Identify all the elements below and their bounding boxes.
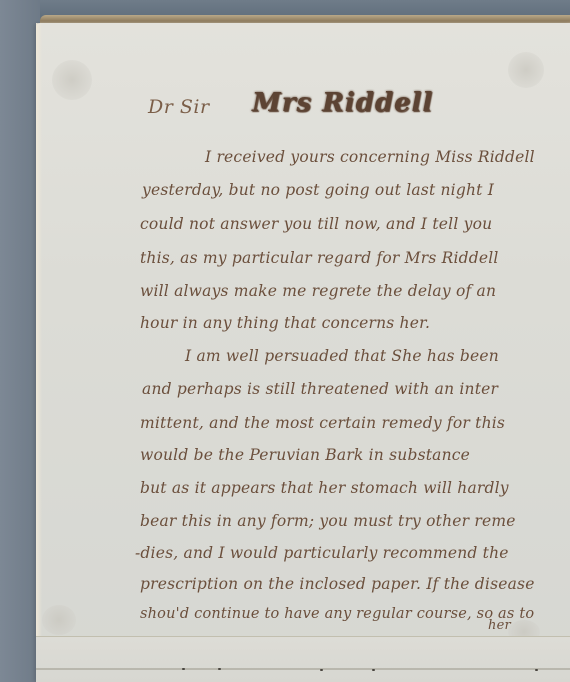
lower-flap <box>36 637 570 682</box>
scan-background-left <box>0 0 40 682</box>
letter-line: hour in any thing that concerns her. <box>140 314 430 332</box>
ink-speck <box>372 669 375 671</box>
letter-line: I received yours concerning Miss Riddell <box>205 148 535 166</box>
page-fold-lower <box>36 668 570 670</box>
letter-line: would be the Peruvian Bark in substance <box>140 446 470 464</box>
ink-speck <box>218 668 221 670</box>
letter-line: and perhaps is still threatened with an … <box>142 380 498 398</box>
ink-speck <box>535 669 538 671</box>
letter-line: bear this in any form; you must try othe… <box>140 512 516 530</box>
ink-speck <box>182 668 185 670</box>
letter-line: yesterday, but no post going out last ni… <box>142 181 494 199</box>
paper-stain <box>52 60 92 100</box>
letter-line: mittent, and the most certain remedy for… <box>140 414 505 432</box>
salutation: Dr Sir <box>148 96 210 118</box>
letter-line-catchword: her <box>488 618 511 633</box>
letter-line: shou'd continue to have any regular cour… <box>140 606 534 622</box>
letter-line: -dies, and I would particularly recommen… <box>135 544 509 562</box>
letter-line: could not answer you till now, and I tel… <box>140 215 492 233</box>
paper-stain <box>42 605 76 635</box>
letter-line: but as it appears that her stomach will … <box>140 479 509 497</box>
paper-stain <box>508 52 544 88</box>
letter-line: will always make me regrete the delay of… <box>140 282 496 300</box>
letter-line: I am well persuaded that She has been <box>185 347 499 365</box>
crossed-out-addressee: Mrs Riddell <box>252 88 433 118</box>
letter-line: prescription on the inclosed paper. If t… <box>140 575 535 593</box>
ink-speck <box>320 669 323 671</box>
letter-line: this, as my particular regard for Mrs Ri… <box>140 249 499 267</box>
